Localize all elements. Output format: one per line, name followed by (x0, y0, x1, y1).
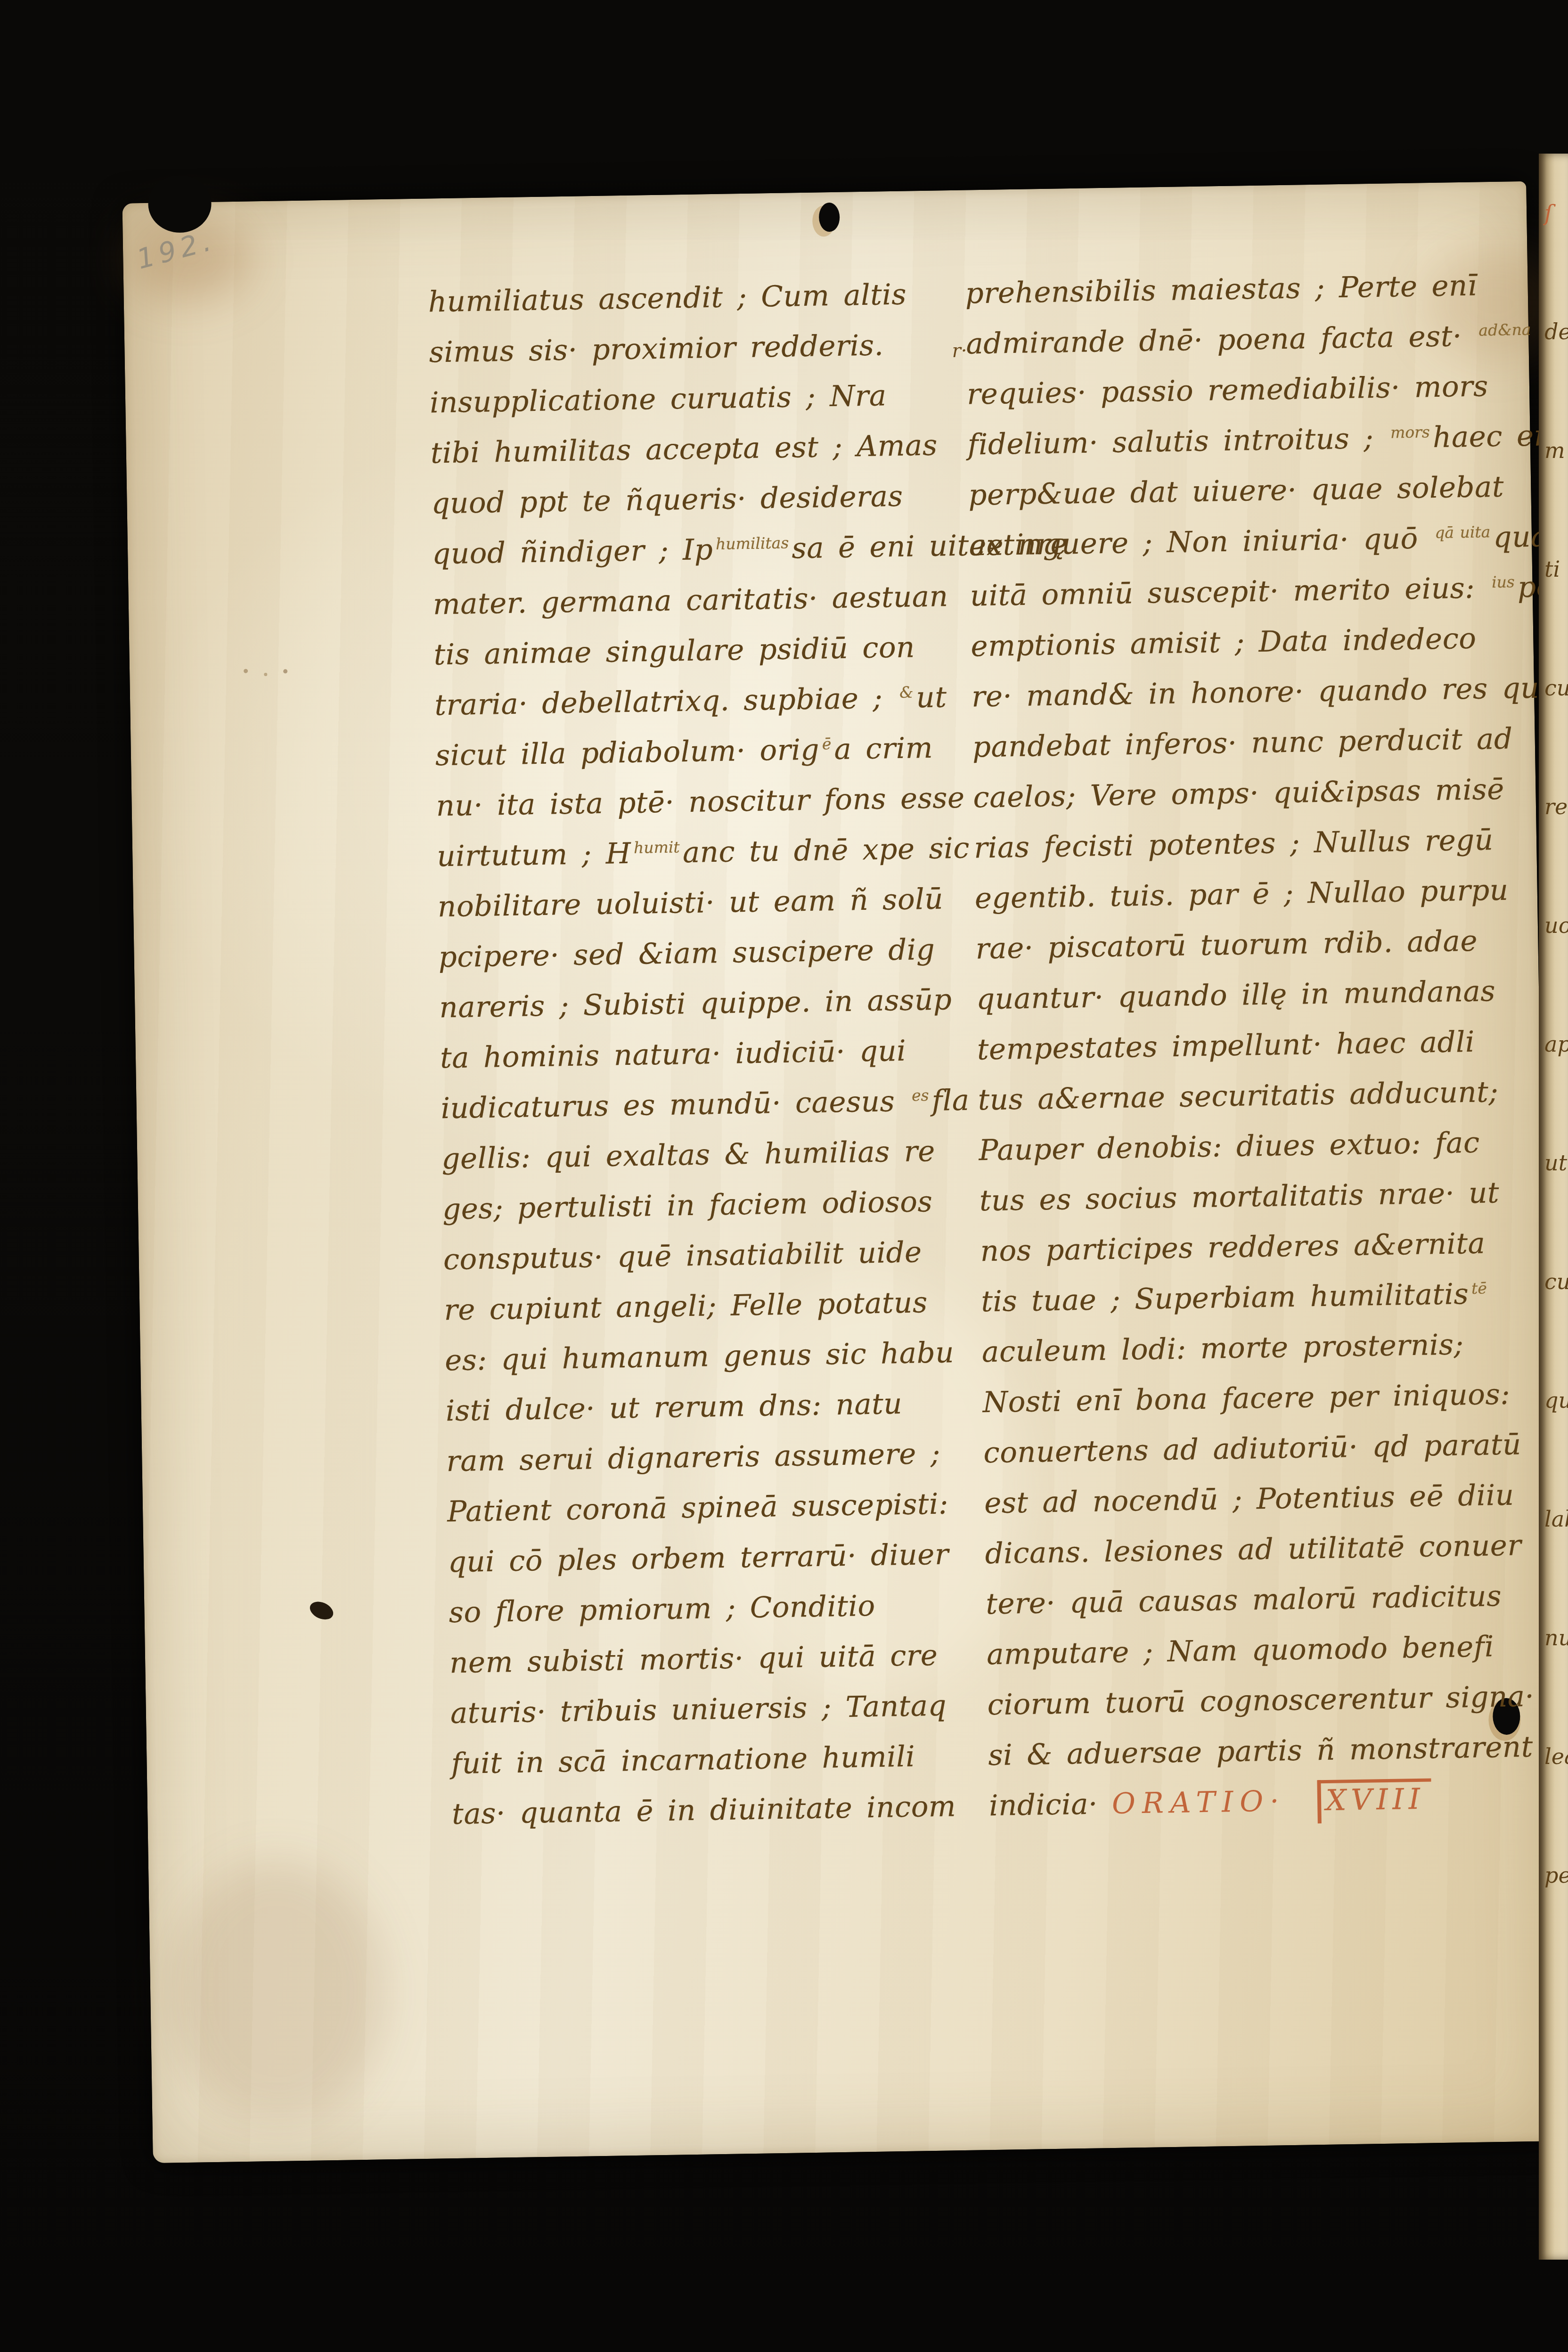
text-line: pandebat inferos· nunc perducit ad (972, 714, 1498, 773)
body-text: ut (916, 680, 947, 714)
text-line: amputare ; Nam quomodo benefi (986, 1621, 1512, 1680)
body-text: tas· quanta ē in diuinitate incom (452, 1789, 956, 1831)
text-line: consputus· quē insatiabilit uide (443, 1226, 969, 1285)
body-text: Patient coronā spineā suscepisti: (447, 1487, 949, 1528)
body-text: ram serui dignareris assumere ; (446, 1437, 940, 1478)
text-line: quod ppt te ñqueris· desideras (431, 470, 957, 529)
text-line: aturis· tribuis uniuersis ; Tantaq (450, 1680, 976, 1739)
text-line: es: qui humanum genus sic habu (444, 1327, 971, 1386)
body-text: mater. germana caritatis· aestuan (433, 580, 948, 621)
body-text: si & aduersae partis ñ monstrarent (988, 1730, 1533, 1772)
next-leaf-letter-fragment: uo (1539, 866, 1568, 985)
text-line: re· mand& in honore· quando res quę (971, 663, 1497, 722)
text-line: conuertens ad adiutoriū· qd paratū (983, 1420, 1510, 1478)
body-text: quod ñindiger ; Ip (432, 533, 713, 571)
body-text: es: qui humanum genus sic habu (445, 1336, 955, 1377)
text-line: iudicaturus es mundū· caesus esfla (441, 1075, 967, 1134)
interlinear-gloss: ius (1492, 572, 1515, 591)
text-line: isti dulce· ut rerum dns: natu (445, 1378, 972, 1437)
body-text: tus a&ernae securitatis adducunt; (978, 1075, 1499, 1117)
text-line: dicans. lesiones ad utilitatē conuer (985, 1520, 1511, 1579)
body-text: re cupiunt angeli; Felle potatus (444, 1286, 928, 1327)
text-line: requies· passio remediabilis· mors (966, 361, 1493, 420)
text-line: perp&uae dat uiuere· quae solebat (968, 462, 1494, 521)
body-text: Nosti enī bona facere per iniquos: (982, 1378, 1511, 1420)
interlinear-gloss: humit (634, 838, 680, 857)
manuscript-text-column-left: humiliatus ascendit ; Cum altissimus sis… (428, 269, 978, 1839)
body-text: perp&uae dat uiuere· quae solebat (968, 470, 1504, 512)
text-line: caelos; Vere omps· qui&ipsas misē (973, 764, 1499, 823)
text-line: emptionis amisit ; Data indedeco (971, 613, 1497, 672)
body-text: requies· passio remediabilis· mors (967, 369, 1489, 411)
next-leaf-letter-fragment: ap (1539, 985, 1568, 1103)
body-text: gellis: qui exaltas & humilias re (441, 1135, 936, 1176)
text-line: tas· quanta ē in diuinitate incom (451, 1781, 978, 1840)
parchment-stain (167, 1858, 388, 2125)
body-text: consputus· quē insatiabilit uide (443, 1235, 922, 1276)
text-line: nobilitare uoluisti· ut eam ñ solū (437, 874, 964, 932)
manuscript-text-column-right: prehensibilis maiestas ; Perte enīadmira… (965, 260, 1515, 1831)
next-leaf-letter-fragment: m (1539, 391, 1568, 510)
body-text: re· mand& in honore· quando res quę (972, 671, 1557, 713)
ink-blot (307, 1598, 336, 1623)
text-line: egentib. tuis. par ē ; Nullao purpu (974, 865, 1501, 924)
text-line: humiliatus ascendit ; Cum altis (428, 269, 954, 327)
text-line: so flore pmiorum ; Conditio (449, 1579, 975, 1638)
text-line: nem subisti mortis· qui uitā cre (449, 1630, 975, 1689)
body-text: nareris ; Subisti quippe. in assūp (439, 983, 952, 1024)
body-text: amputare ; Nam quomodo benefi (987, 1630, 1494, 1671)
body-text: emptionis amisit ; Data indedeco (971, 622, 1477, 663)
text-line: rae· piscatorū tuorum rdib. adae (975, 915, 1502, 974)
body-text: tere· quā causas malorū radicitus (986, 1579, 1502, 1621)
next-leaf-letter-fragment: ut (1539, 1103, 1568, 1222)
text-line: tibi humilitas accepta est ; Amas (430, 420, 956, 479)
body-text: indicia· (989, 1787, 1112, 1822)
body-text: aturis· tribuis uniuersis ; Tantaq (450, 1689, 947, 1731)
body-text: insupplicatione curuatis ; Nra (430, 379, 887, 419)
body-text: prehensibilis maiestas ; Perte enī (965, 269, 1477, 310)
text-line: simus sis· proximior redderis. (429, 319, 955, 378)
next-leaf-letter-fragment: qu (1539, 1341, 1568, 1460)
next-leaf-letter-fragment: ti (1539, 510, 1568, 629)
text-line: quod ñindiger ; Iphumilitassa ē eni uita… (432, 521, 958, 580)
text-line: insupplicatione curuatis ; Nra (429, 369, 955, 428)
next-leaf-letter-fragment: lea (1539, 1697, 1568, 1816)
body-text: ges; pertulisti in faciem odiosos (442, 1185, 933, 1226)
parchment-hole-top (819, 203, 840, 232)
body-text: caelos; Vere omps· qui&ipsas misē (973, 773, 1504, 815)
text-line: rias fecisti potentes ; Nullus regū (973, 815, 1500, 874)
text-line: aculeum lodi: morte prosternis; (981, 1319, 1508, 1378)
text-line: si & aduersae partis ñ monstrarent (988, 1722, 1514, 1781)
body-text: isti dulce· ut rerum dns: natu (445, 1387, 902, 1428)
text-line: tis animae singulare psidiū con (433, 621, 960, 680)
body-text: ta hominis natura· iudiciū· qui (440, 1034, 906, 1075)
body-text: rae· piscatorū tuorum rdib. adae (975, 924, 1478, 966)
body-text: ciorum tuorū cognoscerentur signa· (987, 1680, 1535, 1722)
body-text: qui cō ples orbem terrarū· diuer (448, 1537, 949, 1579)
interlinear-gloss: ē (822, 735, 831, 753)
next-leaf-letter-fragment: cu (1539, 1222, 1568, 1341)
body-text: fuit in scā incarnatione humili (451, 1740, 915, 1780)
manuscript-page: 192. r· humiliatus ascendit ; Cum altiss… (122, 181, 1557, 2163)
body-text: rias fecisti potentes ; Nullus regū (974, 823, 1494, 865)
text-line: Patient coronā spineā suscepisti: (447, 1478, 973, 1537)
text-line: pcipere· sed &iam suscipere dig (438, 924, 964, 983)
body-text: so flore pmiorum ; Conditio (449, 1589, 875, 1629)
body-text: nu· ita ista ptē· noscitur fons esse (436, 781, 965, 823)
interlinear-gloss: & (899, 683, 914, 701)
text-line: qui cō ples orbem terrarū· diuer (448, 1529, 974, 1588)
text-line: Nosti enī bona facere per iniquos: (982, 1369, 1509, 1428)
body-text: admirande dnē· poena facta est· (966, 319, 1476, 361)
interlinear-gloss: tē (1471, 1279, 1487, 1298)
interlinear-gloss: humilitas (716, 533, 789, 553)
body-text: pcipere· sed &iam suscipere dig (438, 933, 935, 974)
text-line: ciorum tuorū cognoscerentur signa· (987, 1672, 1513, 1731)
text-line: tus es socius mortalitatis nrae· ut (979, 1168, 1505, 1226)
body-text: conuertens ad adiutoriū· qd paratū (983, 1428, 1522, 1470)
body-text: pandebat inferos· nunc perducit ad (972, 722, 1513, 764)
text-line: ges; pertulisti in faciem odiosos (442, 1176, 968, 1235)
body-text: egentib. tuis. par ē ; Nullao purpu (974, 874, 1509, 915)
next-leaf-letter-fragment: de (1539, 272, 1568, 391)
body-text: nem subisti mortis· qui uitā cre (449, 1639, 938, 1680)
interlinear-gloss: es (912, 1086, 929, 1105)
text-line: re cupiunt angeli; Felle potatus (444, 1277, 970, 1336)
body-text: fidelium· salutis introitus ; (967, 422, 1388, 462)
text-line: admirande dnē· poena facta est· ad&na (966, 310, 1492, 369)
text-line: uitā omniū suscepit· merito eius: iusper (970, 563, 1496, 621)
text-line: ta hominis natura· iudiciū· qui (440, 1025, 966, 1084)
next-leaf-edge: ſdemticureuoaputcuqulabnuleaper (1539, 154, 1568, 2260)
body-text: nobilitare uoluisti· ut eam ñ solū (437, 882, 943, 923)
text-line: fidelium· salutis introitus ; morshaec e… (967, 411, 1494, 470)
text-line: nos participes redderes a&ernita (980, 1218, 1506, 1277)
text-line: tus a&ernae securitatis adducunt; (978, 1067, 1504, 1126)
body-text: iudicaturus es mundū· caesus (441, 1085, 909, 1126)
text-line: fuit in scā incarnatione humili (451, 1731, 977, 1789)
body-text: tus es socius mortalitatis nrae· ut (979, 1176, 1499, 1217)
body-text: aculeum lodi: morte prosternis; (981, 1328, 1464, 1369)
body-text: dicans. lesiones ad utilitatē conuer (985, 1528, 1521, 1570)
body-text: tis animae singulare psidiū con (433, 630, 915, 671)
text-line: traria· debellatrixq. supbiae ; &ut (434, 672, 960, 731)
body-text: tis tuae ; Superbiam humilitatis (981, 1277, 1469, 1318)
photo-background: 192. r· humiliatus ascendit ; Cum altiss… (0, 0, 1568, 2352)
next-leaf-letter-fragment: nu (1539, 1578, 1568, 1697)
text-line: tempestates impellunt· haec adli (977, 1016, 1503, 1075)
body-text: simus sis· proximior redderis. (429, 328, 884, 369)
text-line: sicut illa pdiabolum· origēa crim (435, 722, 961, 781)
text-line: extinguere ; Non iniuria· quō qā uitaqua… (969, 512, 1495, 571)
body-text: quantur· quando illę in mundanas (976, 974, 1496, 1016)
next-leaf-letter-fragment: re (1539, 747, 1568, 866)
text-line: tis tuae ; Superbiam humilitatistē (981, 1268, 1507, 1327)
body-text: anc tu dnē xpe sic (682, 832, 970, 870)
text-line: tere· quā causas malorū radicitus (986, 1571, 1512, 1630)
body-text: sicut illa pdiabolum· orig (435, 733, 819, 773)
body-text: Pauper denobis: diues extuo: fac (979, 1126, 1480, 1168)
body-text: uirtutum ; H (437, 837, 631, 873)
text-line: nu· ita ista ptē· noscitur fons esse (436, 773, 962, 832)
next-leaf-letter-fragment: cu (1539, 629, 1568, 747)
rubric-text: ORATIO· (1111, 1784, 1306, 1821)
text-line: gellis: qui exaltas & humilias re (441, 1126, 968, 1184)
text-line: mater. germana caritatis· aestuan (433, 571, 959, 630)
body-text: a crim (834, 731, 933, 766)
interlinear-gloss: ad&na (1478, 320, 1531, 339)
body-text: humiliatus ascendit ; Cum altis (428, 278, 906, 319)
body-text: traria· debellatrixq. supbiae ; (434, 681, 897, 722)
text-line: indicia· ORATIO· XVIII (988, 1772, 1515, 1831)
text-line: uirtutum ; Hhumitanc tu dnē xpe sic (437, 823, 963, 882)
body-text: uitā omniū suscepit· merito eius: (970, 571, 1489, 612)
body-text: nos participes redderes a&ernita (980, 1226, 1486, 1268)
rubric-text: XVIII (1318, 1778, 1431, 1815)
body-text: quod ppt te ñqueris· desideras (431, 480, 903, 521)
text-line: ram serui dignareris assumere ; (446, 1428, 972, 1487)
next-leaf-letter-fragment: per (1539, 1816, 1568, 1935)
interlinear-gloss: mors (1390, 423, 1430, 441)
margin-specks (244, 669, 248, 673)
body-text: est ad nocendū ; Potentius eē diiu (984, 1478, 1514, 1520)
body-text: fla (931, 1084, 970, 1118)
next-leaf-letter-fragment: lab (1539, 1460, 1568, 1578)
text-line: est ad nocendū ; Potentius eē diiu (984, 1470, 1510, 1529)
text-line: quantur· quando illę in mundanas (976, 966, 1502, 1025)
text-line: prehensibilis maiestas ; Perte enī (965, 260, 1491, 319)
body-text: tibi humilitas accepta est ; Amas (430, 429, 938, 470)
text-line: nareris ; Subisti quippe. in assūp (439, 974, 965, 1033)
body-text: extinguere ; Non iniuria· quō (969, 522, 1432, 562)
next-leaf-letter-fragment: ſ (1539, 154, 1568, 272)
body-text: tempestates impellunt· haec adli (977, 1025, 1475, 1067)
interlinear-gloss: qā uita (1435, 523, 1491, 542)
text-line: Pauper denobis: diues extuo: fac (978, 1117, 1504, 1176)
